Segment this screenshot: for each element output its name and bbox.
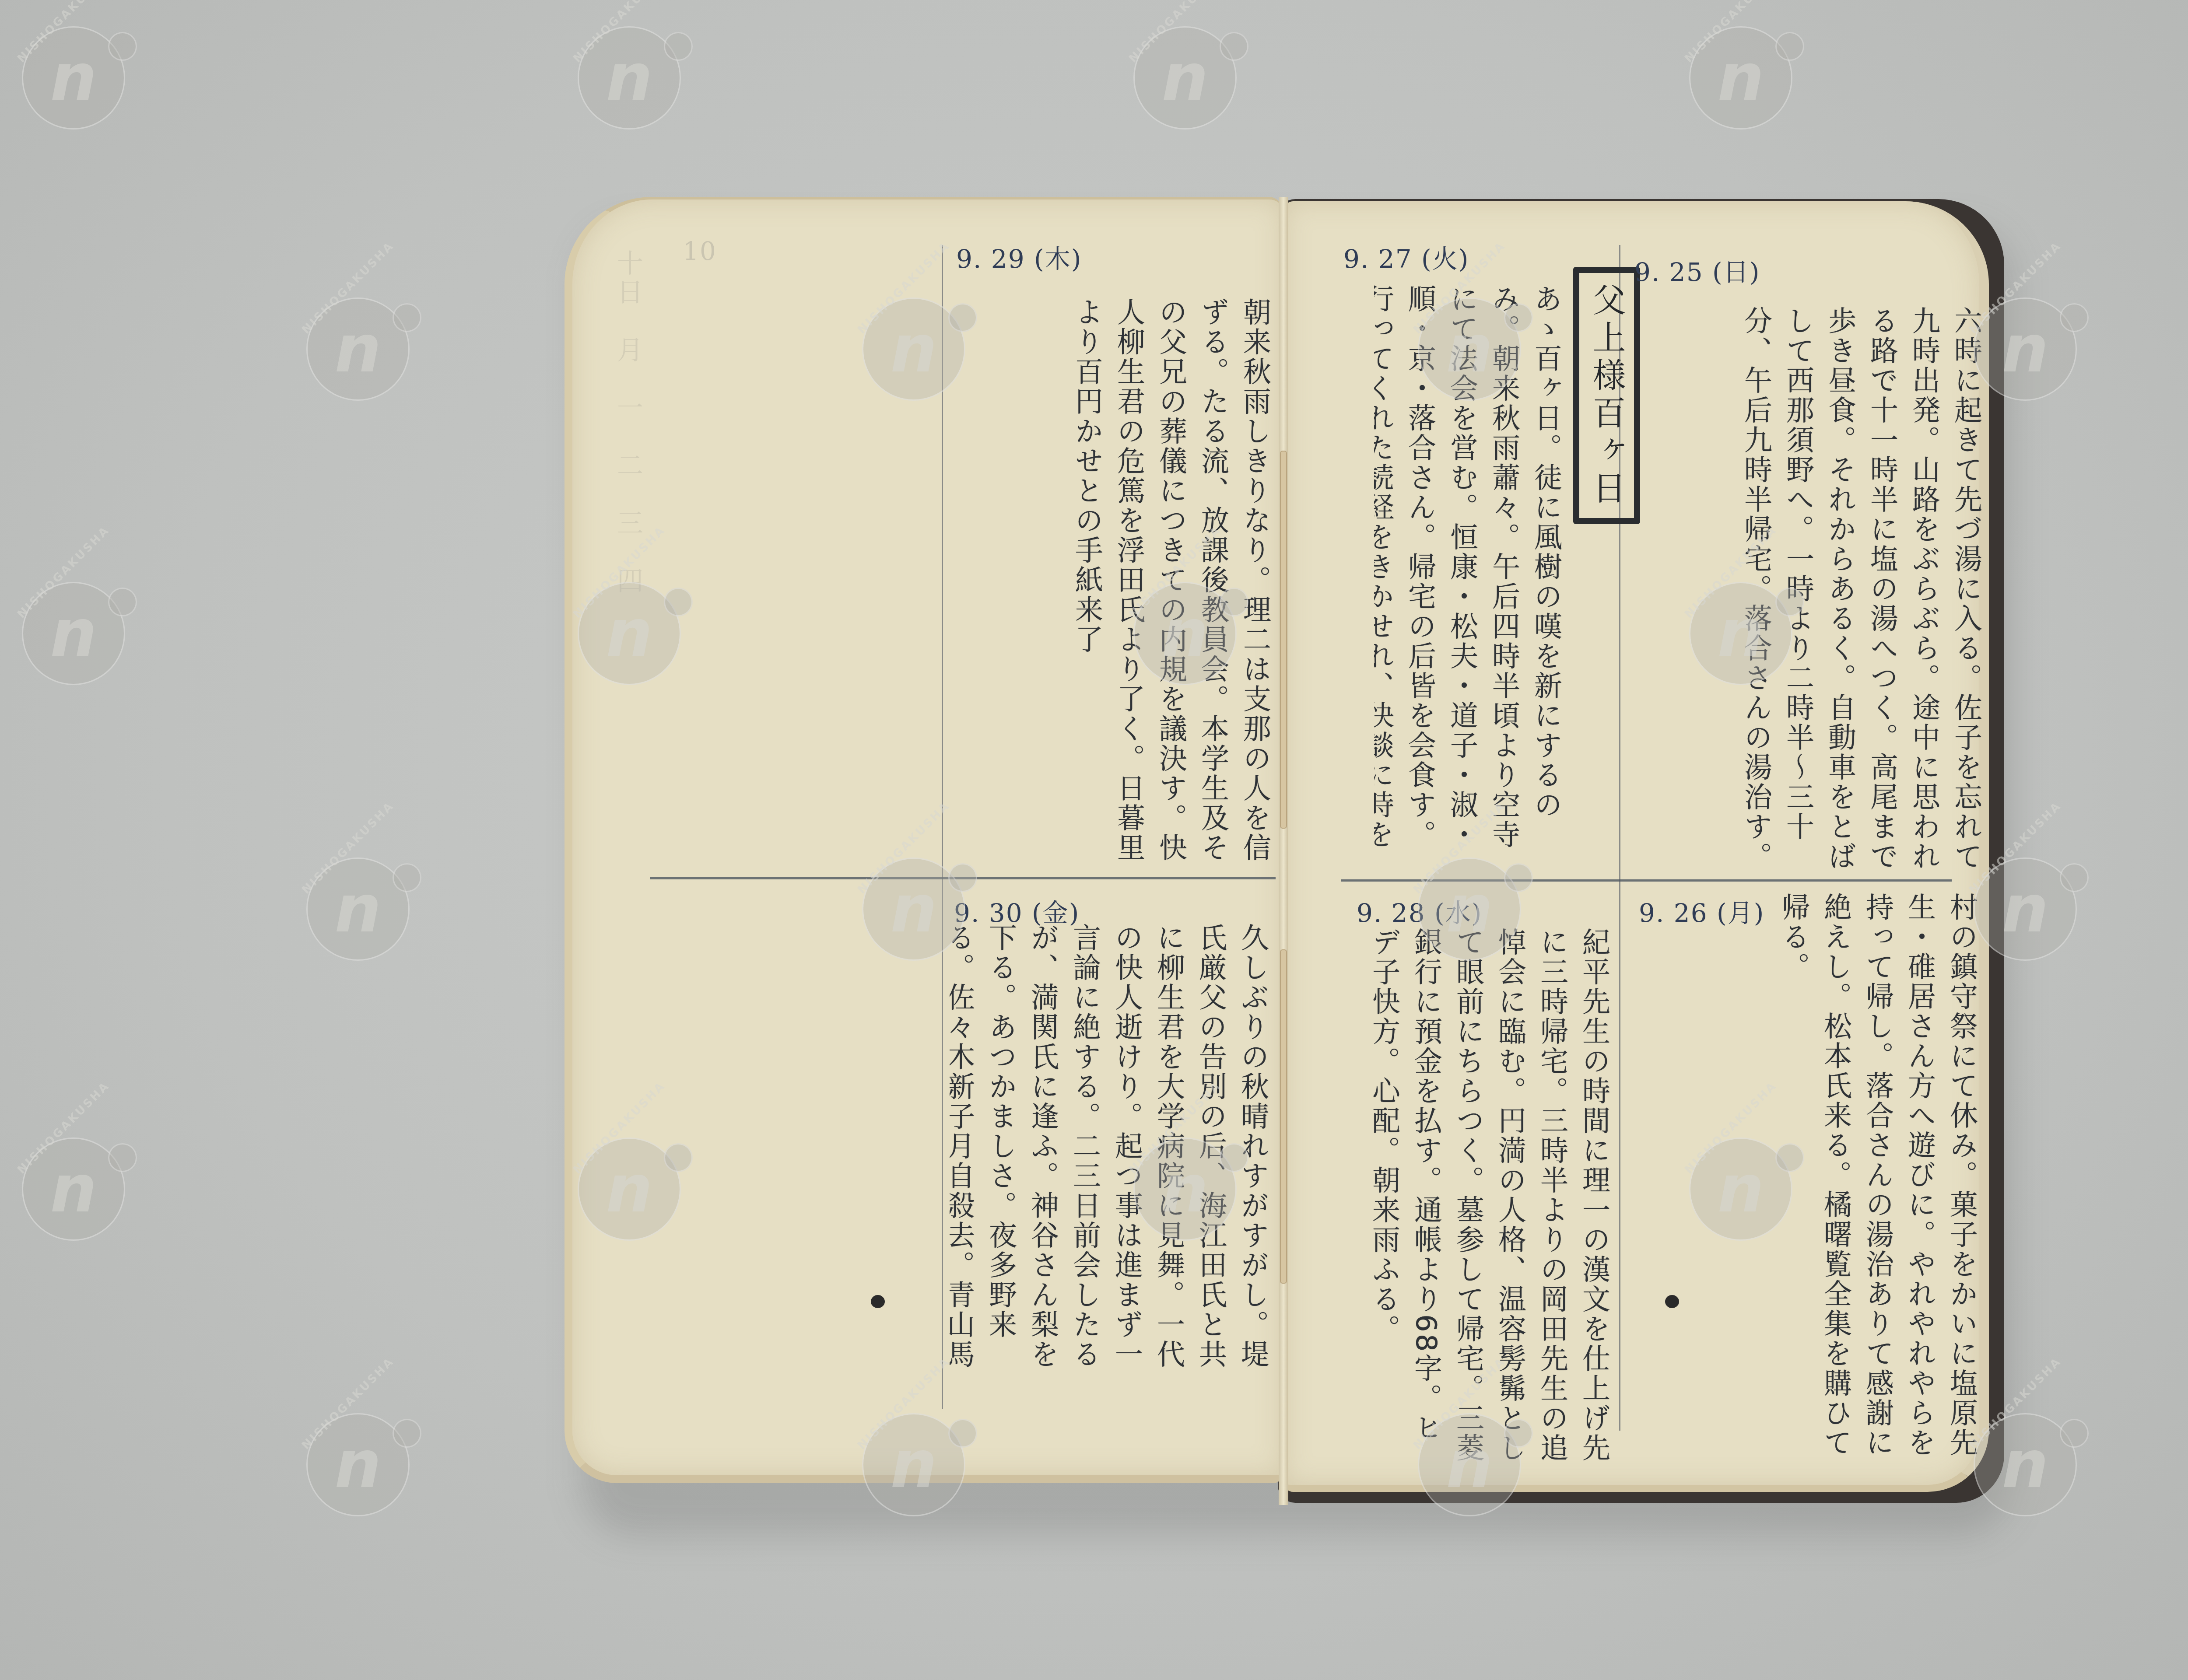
entry-date-0929: 9. 29 (木): [956, 238, 1082, 275]
watermark-logo-icon: nNISHOGAKUSHA: [578, 582, 681, 685]
watermark-logo-icon: nNISHOGAKUSHA: [1418, 297, 1521, 401]
watermark-logo-icon: nNISHOGAKUSHA: [22, 26, 125, 129]
watermark-logo-icon: nNISHOGAKUSHA: [1133, 26, 1237, 129]
watermark-logo-icon: nNISHOGAKUSHA: [1689, 26, 1792, 129]
watermark-logo-icon: nNISHOGAKUSHA: [1974, 297, 2077, 401]
bleed-through-number: 10: [683, 236, 717, 266]
watermark-logo-icon: nNISHOGAKUSHA: [862, 297, 965, 401]
ink-blot: [1665, 1295, 1679, 1308]
watermark-logo-icon: nNISHOGAKUSHA: [578, 26, 681, 129]
watermark-logo-icon: nNISHOGAKUSHA: [1418, 1413, 1521, 1516]
watermark-logo-icon: nNISHOGAKUSHA: [306, 1413, 410, 1516]
watermark-logo-icon: nNISHOGAKUSHA: [862, 1413, 965, 1516]
watermark-logo-icon: nNISHOGAKUSHA: [1689, 582, 1792, 685]
watermark-logo-icon: nNISHOGAKUSHA: [22, 1137, 125, 1241]
watermark-logo-icon: nNISHOGAKUSHA: [22, 582, 125, 685]
boxed-heading-memorial: 父上様百ヶ日: [1573, 267, 1640, 524]
diary-entry-0929: 朝来秋雨しきりなり。理二は支那の人を信ずる。たる流、放課後教員会。本学生及その父…: [956, 297, 1276, 866]
binding-thread-upper: [1280, 451, 1287, 829]
watermark-logo-icon: nNISHOGAKUSHA: [1689, 1137, 1792, 1241]
watermark-logo-icon: nNISHOGAKUSHA: [306, 297, 410, 401]
left-page-margin-line: [942, 245, 943, 1409]
watermark-logo-icon: nNISHOGAKUSHA: [578, 1137, 681, 1241]
binding-thread-lower: [1280, 949, 1287, 1284]
watermark-logo-icon: nNISHOGAKUSHA: [1133, 582, 1237, 685]
ink-blot: [871, 1295, 885, 1308]
entry-date-0925: 9. 25 (日): [1634, 252, 1760, 288]
watermark-logo-icon: nNISHOGAKUSHA: [1418, 857, 1521, 961]
watermark-logo-icon: nNISHOGAKUSHA: [1974, 857, 2077, 961]
watermark-logo-icon: nNISHOGAKUSHA: [1974, 1413, 2077, 1516]
watermark-logo-icon: nNISHOGAKUSHA: [306, 857, 410, 961]
entry-date-0927: 9. 27 (火): [1343, 238, 1469, 275]
diary-entry-0925: 六時に起きて先づ湯に入る。佐子を忘れて九時出発。山路をぶらぶら。途中に思われる路…: [1645, 306, 1987, 875]
diary-entry-0928: 紀平先生の時間に理一の漢文を仕上げ先に三時帰宅。三時半よりの岡田先生の追悼会に臨…: [1361, 927, 1615, 1466]
watermark-logo-icon: nNISHOGAKUSHA: [862, 857, 965, 961]
watermark-logo-icon: nNISHOGAKUSHA: [1133, 1137, 1237, 1241]
book-gutter: [1279, 197, 1288, 1505]
